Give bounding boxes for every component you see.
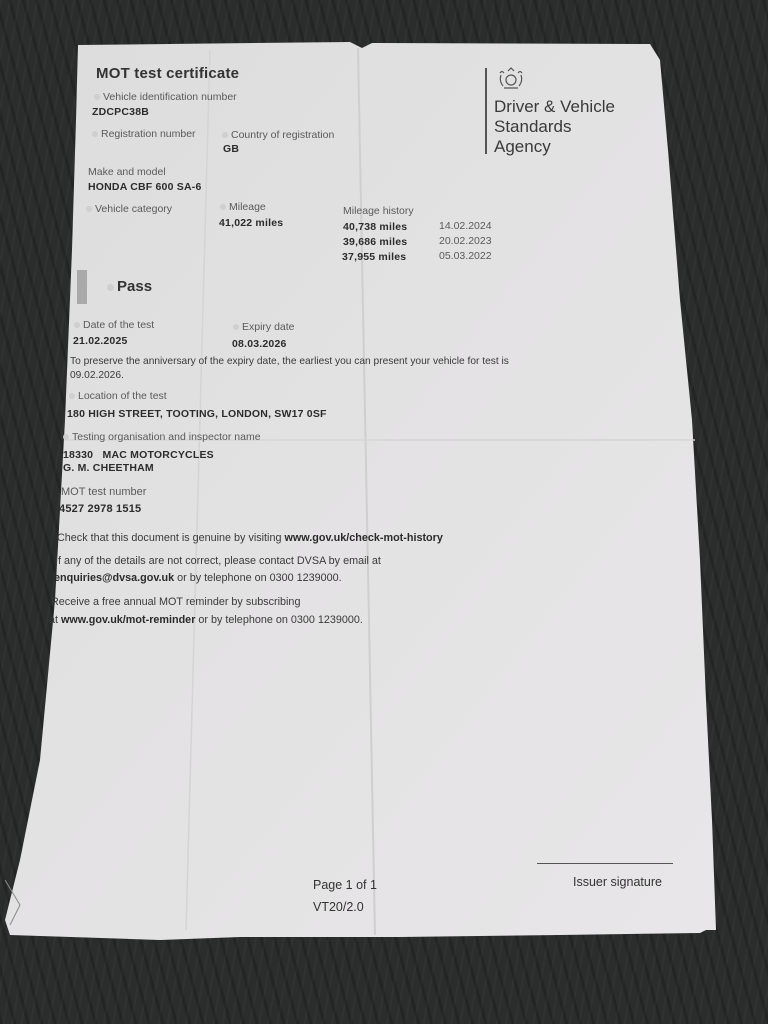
- mot-test-number-label: MOT test number: [61, 486, 146, 499]
- make-model-value: HONDA CBF 600 SA-6: [88, 181, 201, 193]
- mot-certificate-paper: MOT test certificate Driver & Vehicle St…: [0, 0, 768, 1024]
- agency-name-line-2: Standards: [494, 117, 572, 137]
- expiry-date-value: 08.03.2026: [232, 338, 287, 350]
- location-label: Location of the test: [69, 390, 167, 402]
- bullet-icon: [220, 204, 226, 210]
- bullet-icon: [74, 322, 80, 328]
- contact-line-1: If any of the details are not correct, p…: [55, 555, 381, 567]
- agency-name-line-3: Agency: [494, 137, 551, 157]
- mot-reminder-link[interactable]: www.gov.uk/mot-reminder: [61, 614, 195, 626]
- bullet-icon: [94, 94, 100, 100]
- country-value: GB: [223, 143, 239, 155]
- result-status-bar: [77, 270, 87, 304]
- dvsa-email-link[interactable]: enquiries@dvsa.gov.uk: [54, 572, 174, 584]
- mileage-value: 41,022 miles: [219, 217, 283, 229]
- mileage-label: Mileage: [220, 201, 266, 213]
- anniversary-note-line-1: To preserve the anniversary of the expir…: [70, 356, 509, 368]
- royal-coat-of-arms-icon: [496, 67, 526, 93]
- testing-organisation-label: Testing organisation and inspector name: [63, 431, 261, 443]
- contact-line-2: enquiries@dvsa.gov.uk or by telephone on…: [54, 572, 342, 584]
- mileage-history-date: 20.02.2023: [439, 235, 492, 247]
- mileage-history-miles: 40,738 miles: [343, 221, 407, 233]
- mileage-history-date: 14.02.2024: [439, 220, 492, 232]
- testing-organisation-value: 18330 MAC MOTORCYCLES: [63, 449, 214, 461]
- bullet-icon: [86, 206, 92, 212]
- issuer-signature-label: Issuer signature: [573, 875, 662, 889]
- expiry-date-label: Expiry date: [233, 321, 295, 333]
- reminder-line-2: at www.gov.uk/mot-reminder or by telepho…: [49, 614, 363, 626]
- result-status: Pass: [107, 278, 152, 295]
- location-value: 180 HIGH STREET, TOOTING, LONDON, SW17 0…: [67, 408, 327, 420]
- page-number: Page 1 of 1: [313, 878, 377, 892]
- bullet-icon: [69, 393, 75, 399]
- check-mot-history-link[interactable]: www.gov.uk/check-mot-history: [284, 532, 442, 544]
- mileage-history-miles: 39,686 miles: [343, 236, 407, 248]
- registration-label: Registration number: [92, 128, 196, 140]
- bullet-icon: [222, 132, 228, 138]
- test-date-value: 21.02.2025: [73, 335, 128, 347]
- bullet-icon: [63, 434, 69, 440]
- bullet-icon: [107, 284, 114, 291]
- agency-name-line-1: Driver & Vehicle: [494, 97, 615, 117]
- anniversary-note-line-2: 09.02.2026.: [70, 370, 124, 382]
- mileage-history-label: Mileage history: [343, 205, 414, 217]
- vin-label: Vehicle identification number: [94, 91, 237, 103]
- vehicle-category-label: Vehicle category: [86, 203, 172, 215]
- country-label: Country of registration: [222, 129, 334, 141]
- document-title: MOT test certificate: [96, 65, 239, 82]
- mileage-history-miles: 37,955 miles: [342, 251, 406, 263]
- bullet-icon: [233, 324, 239, 330]
- reminder-line-1: Receive a free annual MOT reminder by su…: [51, 596, 300, 608]
- vin-value: ZDCPC38B: [92, 106, 149, 118]
- genuine-check-text: Check that this document is genuine by v…: [57, 532, 443, 544]
- mot-test-number-value: 4527 2978 1515: [59, 503, 141, 516]
- agency-divider: [485, 68, 487, 154]
- signature-line: [537, 863, 673, 864]
- test-date-label: Date of the test: [74, 319, 154, 331]
- form-code: VT20/2.0: [313, 900, 364, 914]
- inspector-name: G. M. CHEETHAM: [63, 462, 154, 474]
- bullet-icon: [92, 131, 98, 137]
- make-model-label: Make and model: [88, 166, 166, 178]
- mileage-history-date: 05.03.2022: [439, 250, 492, 262]
